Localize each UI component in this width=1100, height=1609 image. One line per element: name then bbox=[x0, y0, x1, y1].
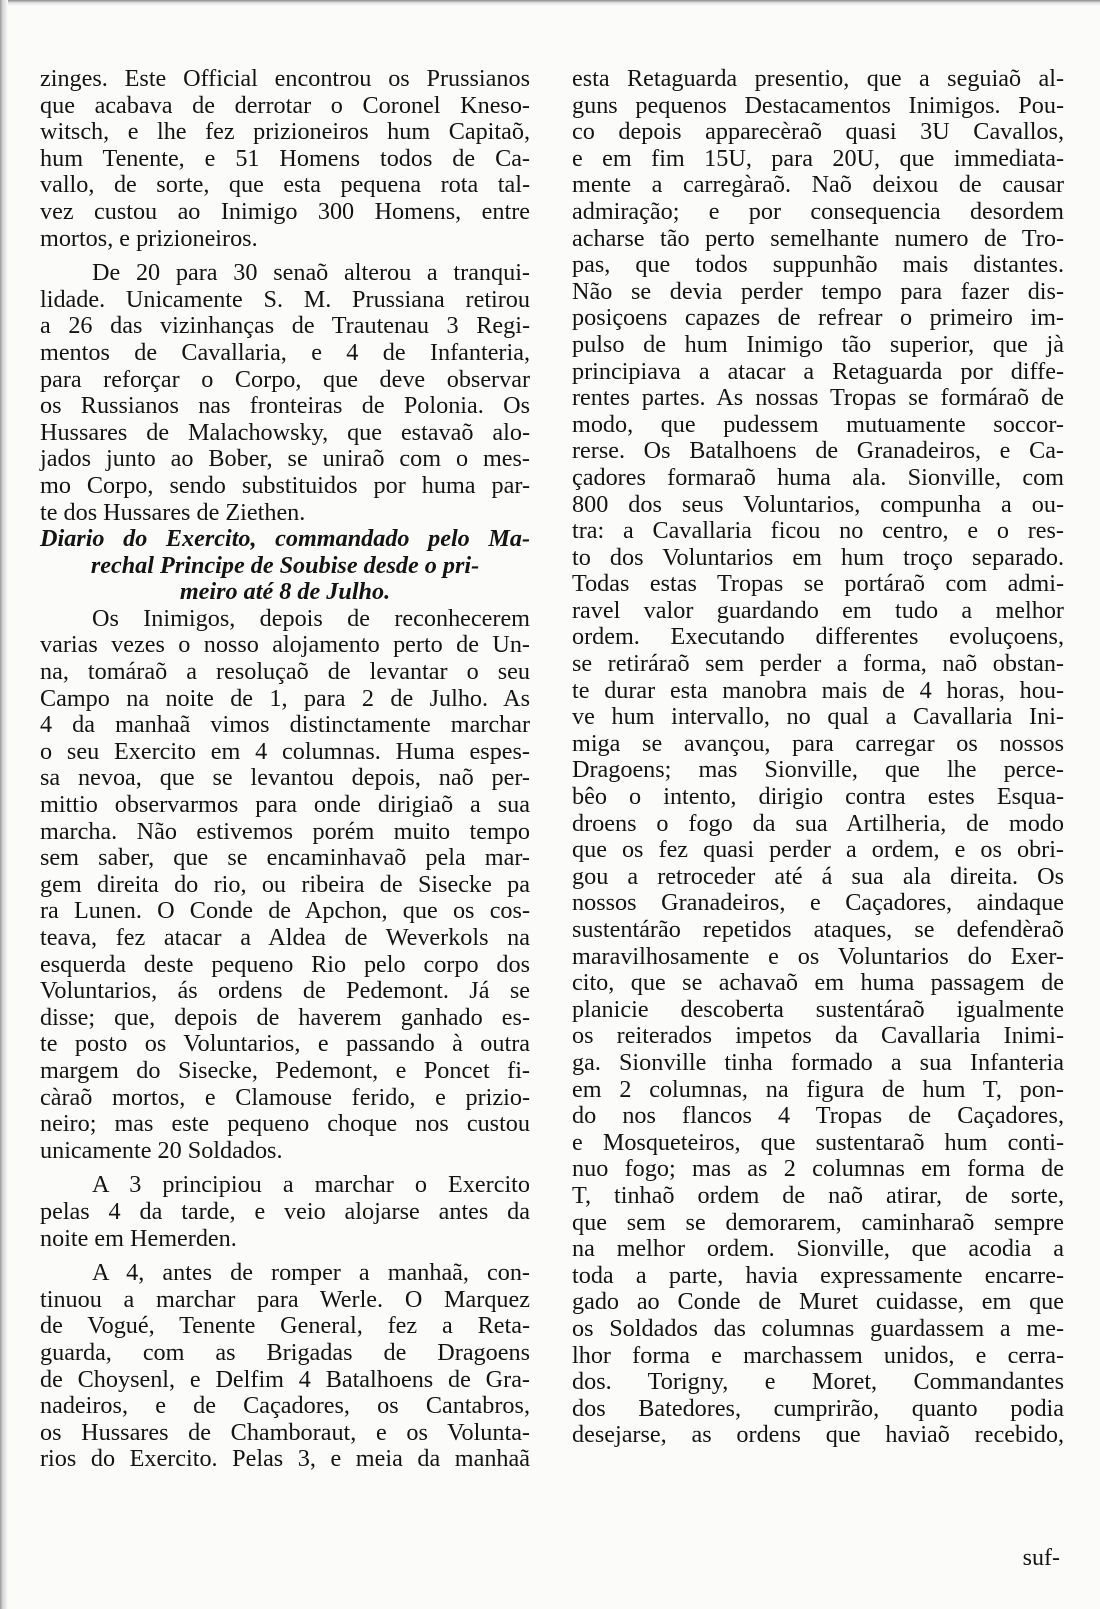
text-line: nossos Granadeiros, e Caçadores, aindaqu… bbox=[572, 890, 1064, 917]
text-line: 800 dos seus Voluntarios, compunha a ou- bbox=[572, 492, 1064, 519]
text-line: witsch, e lhe fez prizioneiros hum Capit… bbox=[40, 119, 530, 146]
text-line: noite em Hemerden. bbox=[40, 1226, 530, 1253]
text-line: e em fim 15U, para 20U, que immediata- bbox=[572, 146, 1064, 173]
text-line: ordem. Executando differentes evoluçoens… bbox=[572, 624, 1064, 651]
text-line: gem direita do rio, ou ribeira de Siseck… bbox=[40, 872, 530, 899]
text-line: maravilhosamente e os Voluntarios do Exe… bbox=[572, 944, 1064, 971]
text-line: pulso de hum Inimigo tão superior, que j… bbox=[572, 332, 1064, 359]
text-line: rentes partes. As nossas Tropas se formá… bbox=[572, 385, 1064, 412]
text-line: te posto os Voluntarios, e passando à ou… bbox=[40, 1031, 530, 1058]
text-line: rios do Exercito. Pelas 3, e meia da man… bbox=[40, 1446, 530, 1473]
text-line: vallo, de sorte, que esta pequena rota t… bbox=[40, 172, 530, 199]
paragraph-start: A 4, antes de romper a manhaã, con- bbox=[40, 1260, 530, 1287]
text-line: desejarse, as ordens que haviaõ recebido… bbox=[572, 1422, 1064, 1449]
text-line: cito, que se achavaõ em huma passagem de bbox=[572, 970, 1064, 997]
text-line: ve hum intervallo, no qual a Cavallaria … bbox=[572, 704, 1064, 731]
text-line: tra: a Cavallaria ficou no centro, e o r… bbox=[572, 518, 1064, 545]
text-line: tinuou a marchar para Werle. O Marquez bbox=[40, 1287, 530, 1314]
text-line: droens o fogo da sua Artilheria, de modo bbox=[572, 811, 1064, 838]
text-line: sem saber, que se encaminhavaõ pela mar- bbox=[40, 845, 530, 872]
text-line: esquerda deste pequeno Rio pelo corpo do… bbox=[40, 952, 530, 979]
left-column: zinges. Este Official encontrou os Pruss… bbox=[40, 66, 530, 1473]
text-line: dos Batedores, cumprirão, quanto podia bbox=[572, 1396, 1064, 1423]
paragraph-start: Os Inimigos, depois de reconhecerem bbox=[40, 606, 530, 633]
text-line: de Vogué, Tenente General, fez a Reta- bbox=[40, 1313, 530, 1340]
text-line: bêo o intento, dirigio contra estes Esqu… bbox=[572, 784, 1064, 811]
text-line: que os fez quasi perder a ordem, e os ob… bbox=[572, 837, 1064, 864]
page-top-edge bbox=[0, 0, 1100, 6]
paragraph-start: A 3 principiou a marchar o Exercito bbox=[40, 1172, 530, 1199]
text-line: te durar esta manobra mais de 4 horas, h… bbox=[572, 678, 1064, 705]
text-line: os Hussares de Chamboraut, e os Volunta- bbox=[40, 1420, 530, 1447]
text-line: sustentárão repetidos ataques, se defend… bbox=[572, 917, 1064, 944]
text-line: teava, fez atacar a Aldea de Weverkols n… bbox=[40, 925, 530, 952]
text-line: disse; que, depois de haverem ganhado es… bbox=[40, 1005, 530, 1032]
text-line: margem do Sisecke, Pedemont, e Poncet fi… bbox=[40, 1058, 530, 1085]
text-line: varias vezes o nosso alojamento perto de… bbox=[40, 632, 530, 659]
heading-line: Diario do Exercito, commandado pelo Ma- bbox=[40, 526, 530, 553]
text-line: te dos Hussares de Ziethen. bbox=[40, 500, 530, 527]
text-line: Hussares de Malachowsky, que estavaõ alo… bbox=[40, 420, 530, 447]
text-line: mo Corpo, sendo substituidos por huma pa… bbox=[40, 473, 530, 500]
text-line: que sem se demorarem, caminharaõ sempre bbox=[572, 1210, 1064, 1237]
text-line: planicie descoberta sustentáraõ igualmen… bbox=[572, 997, 1064, 1024]
text-line: lhor forma e marchassem unidos, e cerra- bbox=[572, 1343, 1064, 1370]
text-line: mittio observarmos para onde dirigiaõ a … bbox=[40, 792, 530, 819]
text-line: para reforçar o Corpo, que deve observar bbox=[40, 367, 530, 394]
text-line: mentos de Cavallaria, e 4 de Infanteria, bbox=[40, 340, 530, 367]
text-line: Voluntarios, ás ordens de Pedemont. Já s… bbox=[40, 978, 530, 1005]
text-line: unicamente 20 Soldados. bbox=[40, 1138, 530, 1165]
text-line: Dragoens; mas Sionville, que lhe perce- bbox=[572, 757, 1064, 784]
text-line: rerse. Os Batalhoens de Granadeiros, e C… bbox=[572, 438, 1064, 465]
text-line: guarda, com as Brigadas de Dragoens bbox=[40, 1340, 530, 1367]
text-line: nadeiros, e de Caçadores, os Cantabros, bbox=[40, 1393, 530, 1420]
text-line: ga. Sionville tinha formado a sua Infant… bbox=[572, 1050, 1064, 1077]
text-line: vez custou ao Inimigo 300 Homens, entre bbox=[40, 199, 530, 226]
text-line: Não se devia perder tempo para fazer dis… bbox=[572, 279, 1064, 306]
text-line: os Russianos nas fronteiras de Polonia. … bbox=[40, 393, 530, 420]
text-line: gado ao Conde de Muret cuidasse, em que bbox=[572, 1289, 1064, 1316]
text-line: to dos Voluntarios em hum troço separado… bbox=[572, 545, 1064, 572]
text-line: esta Retaguarda presentio, que a seguiaõ… bbox=[572, 66, 1064, 93]
text-line: o seu Exercito em 4 columnas. Huma espes… bbox=[40, 739, 530, 766]
page-left-edge bbox=[0, 0, 8, 1609]
text-line: admiração; e por consequencia desordem bbox=[572, 199, 1064, 226]
text-line: mente a carregàraõ. Naõ deixou de causar bbox=[572, 172, 1064, 199]
text-line: T, tinhaõ ordem de naõ atirar, de sorte, bbox=[572, 1183, 1064, 1210]
text-line: Todas estas Tropas se portáraõ com admi- bbox=[572, 571, 1064, 598]
text-line: de Choysenl, e Delfim 4 Batalhoens de Gr… bbox=[40, 1367, 530, 1394]
text-line: na, tomáraõ a resoluçaõ de levantar o se… bbox=[40, 659, 530, 686]
text-line: ravel valor guardando em tudo a melhor bbox=[572, 598, 1064, 625]
text-line: em 2 columnas, na figura de hum T, pon- bbox=[572, 1077, 1064, 1104]
text-line: 4 da manhaã vimos distinctamente marchar bbox=[40, 712, 530, 739]
text-line: nuo fogo; mas as 2 columnas em forma de bbox=[572, 1156, 1064, 1183]
text-line: hum Tenente, e 51 Homens todos de Ca- bbox=[40, 146, 530, 173]
text-line: toda a parte, havia expressamente encarr… bbox=[572, 1263, 1064, 1290]
text-line: sa nevoa, que se levantou depois, naõ pe… bbox=[40, 765, 530, 792]
text-line: pelas 4 da tarde, e veio alojarse antes … bbox=[40, 1199, 530, 1226]
text-line: posiçoens capazes de refrear o primeiro … bbox=[572, 305, 1064, 332]
text-line: dos. Torigny, e Moret, Commandantes bbox=[572, 1369, 1064, 1396]
text-line: mortos, e prizioneiros. bbox=[40, 226, 530, 253]
text-line: e Mosqueteiros, que sustentaraõ hum cont… bbox=[572, 1130, 1064, 1157]
text-line: principiava a atacar a Retaguarda por di… bbox=[572, 359, 1064, 386]
text-line: càraõ mortos, e Clamouse ferido, e prizi… bbox=[40, 1085, 530, 1112]
text-line: neiro; mas este pequeno choque nos custo… bbox=[40, 1111, 530, 1138]
text-line: na melhor ordem. Sionville, que acodia a bbox=[572, 1236, 1064, 1263]
text-line: ra Lunen. O Conde de Apchon, que os cos- bbox=[40, 898, 530, 925]
text-line: os reiterados impetos da Cavallaria Inim… bbox=[572, 1023, 1064, 1050]
text-line: lidade. Unicamente S. M. Prussiana retir… bbox=[40, 287, 530, 314]
paragraph-start: De 20 para 30 senaõ alterou a tranqui- bbox=[40, 260, 530, 287]
text-line: se retiráraõ sem perder a forma, naõ obs… bbox=[572, 651, 1064, 678]
text-line: gou a retroceder até á sua ala direita. … bbox=[572, 864, 1064, 891]
heading-line: rechal Principe de Soubise desde o pri- bbox=[40, 553, 530, 580]
heading-line: meiro até 8 de Julho. bbox=[40, 579, 530, 606]
text-line: guns pequenos Destacamentos Inimigos. Po… bbox=[572, 93, 1064, 120]
catchword: suf- bbox=[1023, 1545, 1060, 1572]
text-line: çadores formaraõ huma ala. Sionville, co… bbox=[572, 465, 1064, 492]
text-line: miga se avançou, para carregar os nossos bbox=[572, 731, 1064, 758]
text-line: jados junto ao Bober, se uniraõ com o me… bbox=[40, 446, 530, 473]
text-line: que acabava de derrotar o Coronel Kneso- bbox=[40, 93, 530, 120]
text-line: os Soldados das columnas guardassem a me… bbox=[572, 1316, 1064, 1343]
text-line: a 26 das vizinhanças de Trautenau 3 Regi… bbox=[40, 313, 530, 340]
text-line: modo, que pudessem mutuamente soccor- bbox=[572, 412, 1064, 439]
text-line: pas, que todos suppunhão mais distantes. bbox=[572, 252, 1064, 279]
text-line: Campo na noite de 1, para 2 de Julho. As bbox=[40, 686, 530, 713]
right-column: esta Retaguarda presentio, que a seguiaõ… bbox=[572, 66, 1064, 1449]
text-line: marcha. Não estivemos porém muito tempo bbox=[40, 819, 530, 846]
text-line: do nos flancos 4 Tropas de Caçadores, bbox=[572, 1103, 1064, 1130]
text-line: co depois apparecèraõ quasi 3U Cavallos, bbox=[572, 119, 1064, 146]
text-line: zinges. Este Official encontrou os Pruss… bbox=[40, 66, 530, 93]
section-heading: Diario do Exercito, commandado pelo Ma- … bbox=[40, 526, 530, 606]
text-line: acharse tão perto semelhante numero de T… bbox=[572, 226, 1064, 253]
